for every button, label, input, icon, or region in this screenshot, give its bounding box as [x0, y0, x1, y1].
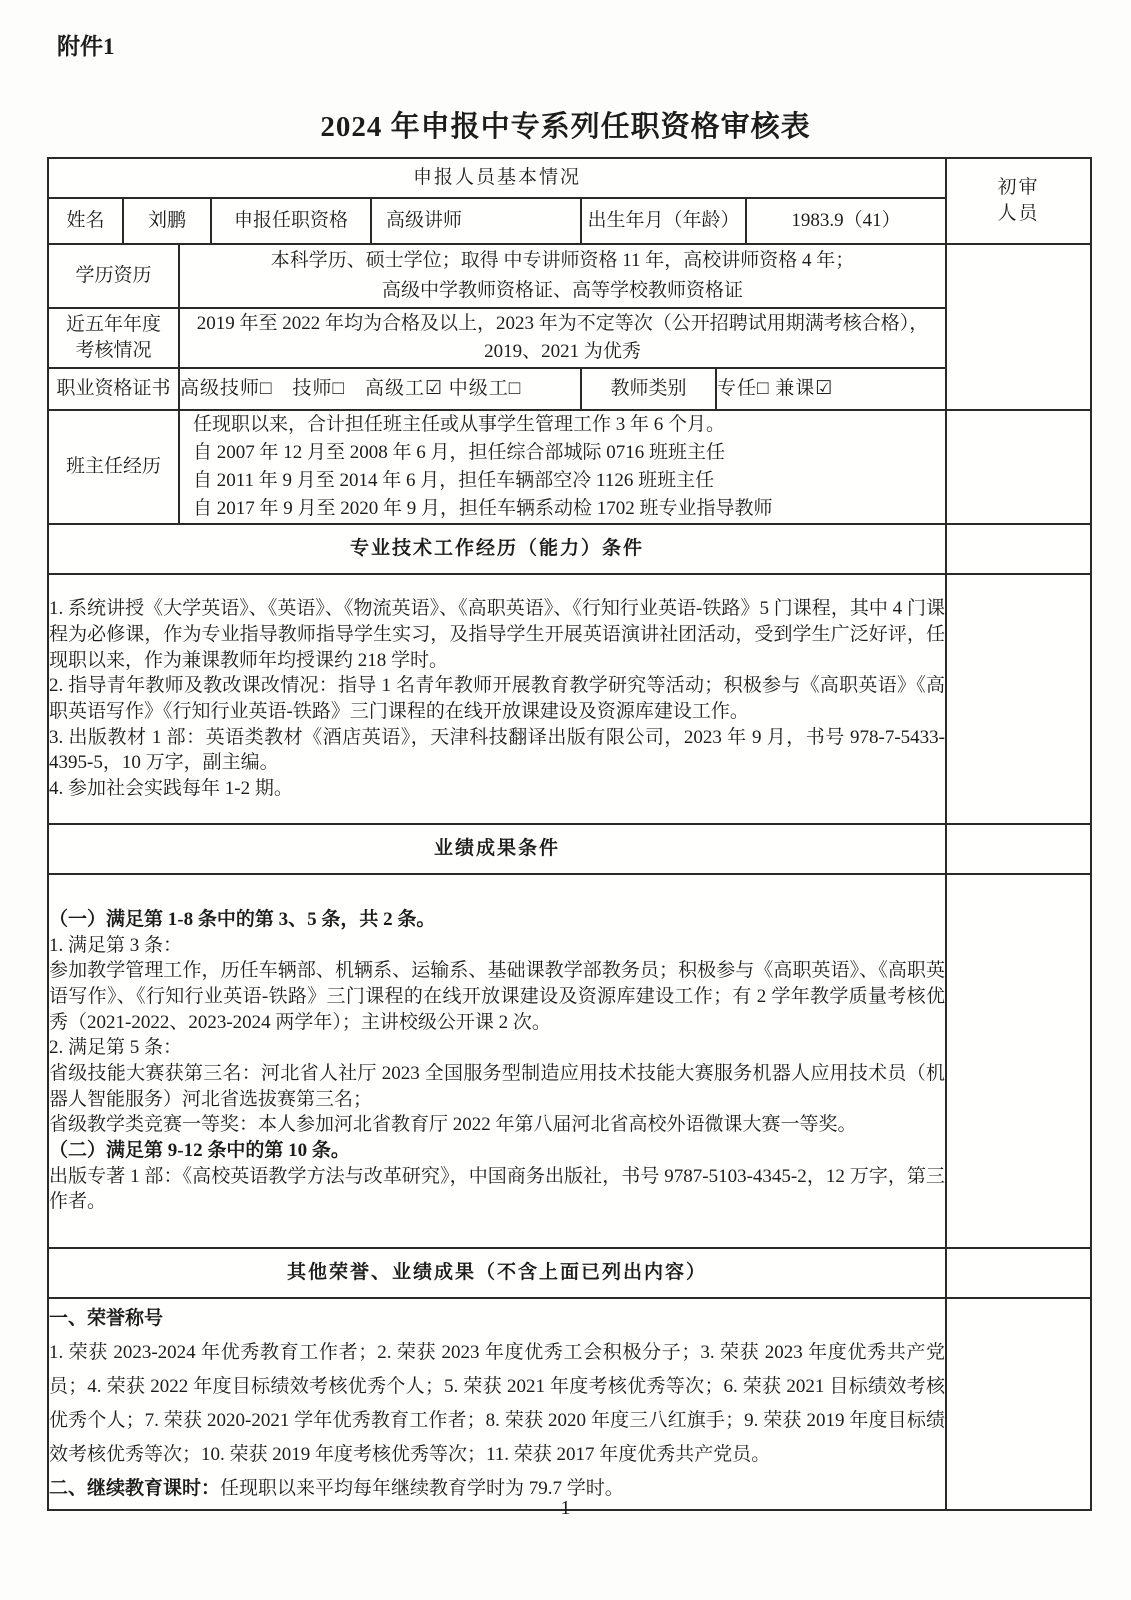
achievement-header-row: 业绩成果条件	[48, 824, 1091, 874]
reviewer-blank-cell-2	[946, 410, 1091, 524]
achievement-item2-body2: 省级教学类竞赛一等奖：本人参加河北省教育厅 2022 年第八届河北省高校外语微课…	[49, 1112, 945, 1138]
achievement-section-title: 业绩成果条件	[48, 824, 946, 874]
assessment-label-line2: 考核情况	[49, 338, 178, 364]
education-line-2: 高级中学教师资格证、高等学校教师资格证	[180, 276, 945, 306]
homeroom-line-3: 自 2011 年 9 月至 2014 年 6 月，担任车辆部空冷 1126 班班…	[180, 467, 945, 495]
scanned-form-page: 附件1 2024 年申报中专系列任职资格审核表 申报人员基本情况 初审 人员 姓…	[0, 0, 1131, 1600]
achievement-body: （一）满足第 1-8 条中的第 3、5 条，共 2 条。 1. 满足第 3 条：…	[48, 874, 946, 1248]
assessment-value: 2019 年至 2022 年均为合格及以上，2023 年为不定等次（公开招聘试用…	[179, 308, 946, 368]
qualification-review-table: 申报人员基本情况 初审 人员 姓名 刘鹏 申报任职资格 高级讲师 出生年月（年龄…	[47, 157, 1092, 1511]
education-row: 学历资历 本科学历、硕士学位；取得 中专讲师资格 11 年，高校讲师资格 4 年…	[48, 244, 1091, 308]
basic-info-section-title: 申报人员基本情况	[48, 158, 946, 198]
other-header-row: 其他荣誉、业绩成果（不含上面已列出内容）	[48, 1248, 1091, 1298]
homeroom-label: 班主任经历	[48, 410, 179, 524]
teacher-type-checkboxes: 专任□ 兼课☑	[716, 368, 946, 410]
protech-body: 1. 系统讲授《大学英语》、《英语》、《物流英语》、《高职英语》、《行知行业英语…	[48, 574, 946, 824]
identity-row: 姓名 刘鹏 申报任职资格 高级讲师 出生年月（年龄） 1983.9（41）	[48, 198, 1091, 244]
reviewer-header-cell: 初审 人员	[946, 158, 1091, 244]
apply-title-value: 高级讲师	[371, 198, 581, 244]
honors-body: 1. 荣获 2023-2024 年优秀教育工作者；2. 荣获 2023 年度优秀…	[49, 1336, 945, 1472]
achievement-item1-body: 参加教学管理工作，历任车辆部、机辆系、运输系、基础课教学部教务员；积极参与《高职…	[49, 958, 945, 1035]
achievement-body-row: （一）满足第 1-8 条中的第 3、5 条，共 2 条。 1. 满足第 3 条：…	[48, 874, 1091, 1248]
continuing-education-body: 任现职以来平均每年继续教育学时为 79.7 学时。	[220, 1478, 624, 1499]
name-label: 姓名	[48, 198, 123, 244]
protech-header-row: 专业技术工作经历（能力）条件	[48, 524, 1091, 574]
protech-paragraph-4: 4. 参加社会实践每年 1-2 期。	[49, 776, 945, 802]
certificate-label: 职业资格证书	[48, 368, 179, 410]
reviewer-blank-cell-4	[946, 574, 1091, 824]
homeroom-value: 任现职以来，合计担任班主任或从事学生管理工作 3 年 6 个月。 自 2007 …	[179, 410, 946, 524]
homeroom-row: 班主任经历 任现职以来，合计担任班主任或从事学生管理工作 3 年 6 个月。 自…	[48, 410, 1091, 524]
document-title: 2024 年申报中专系列任职资格审核表	[0, 104, 1131, 145]
reviewer-blank-cell-7	[946, 1248, 1091, 1298]
achievement-item2-body1: 省级技能大赛获第三名：河北省人社厅 2023 全国服务型制造应用技术技能大赛服务…	[49, 1061, 945, 1112]
reviewer-blank-cell-1	[946, 244, 1091, 410]
honors-heading: 一、荣誉称号	[49, 1302, 945, 1336]
assessment-line-1: 2019 年至 2022 年均为合格及以上，2023 年为不定等次（公开招聘试用…	[180, 310, 945, 338]
certificate-checkboxes: 高级技师□ 技师□ 高级工☑ 中级工□	[179, 368, 581, 410]
homeroom-line-4: 自 2017 年 9 月至 2020 年 9 月，担任车辆系动检 1702 班专…	[180, 495, 945, 523]
page-number: 1	[0, 1497, 1131, 1520]
attachment-label: 附件1	[57, 28, 115, 61]
other-body: 一、荣誉称号 1. 荣获 2023-2024 年优秀教育工作者；2. 荣获 20…	[48, 1298, 946, 1510]
protech-paragraph-1: 1. 系统讲授《大学英语》、《英语》、《物流英语》、《高职英语》、《行知行业英语…	[49, 596, 945, 673]
achievement-part2-body: 出版专著 1 部：《高校英语教学方法与改革研究》，中国商务出版社，书号 9787…	[49, 1164, 945, 1215]
achievement-item2-title: 2. 满足第 5 条：	[49, 1035, 945, 1061]
name-value: 刘鹏	[123, 198, 211, 244]
continuing-education-heading: 二、继续教育课时：	[49, 1478, 220, 1499]
education-label: 学历资历	[48, 244, 179, 308]
assessment-label-line1: 近五年年度	[49, 312, 178, 338]
homeroom-line-2: 自 2007 年 12 月至 2008 年 6 月，担任综合部城际 0716 班…	[180, 439, 945, 467]
reviewer-header-line2: 人员	[947, 201, 1090, 227]
other-section-title: 其他荣誉、业绩成果（不含上面已列出内容）	[48, 1248, 946, 1298]
reviewer-blank-cell-6	[946, 874, 1091, 1248]
reviewer-blank-cell-5	[946, 824, 1091, 874]
apply-title-label: 申报任职资格	[211, 198, 371, 244]
assessment-line-2: 2019、2021 为优秀	[180, 338, 945, 366]
certificate-row: 职业资格证书 高级技师□ 技师□ 高级工☑ 中级工□ 教师类别 专任□ 兼课☑	[48, 368, 1091, 410]
assessment-row: 近五年年度 考核情况 2019 年至 2022 年均为合格及以上，2023 年为…	[48, 308, 1091, 368]
protech-paragraph-2: 2. 指导青年教师及教改课改情况：指导 1 名青年教师开展教育教学研究等活动；积…	[49, 673, 945, 724]
achievement-item1-title: 1. 满足第 3 条：	[49, 933, 945, 959]
birth-label: 出生年月（年龄）	[581, 198, 746, 244]
assessment-label: 近五年年度 考核情况	[48, 308, 179, 368]
other-body-row: 一、荣誉称号 1. 荣获 2023-2024 年优秀教育工作者；2. 荣获 20…	[48, 1298, 1091, 1510]
teacher-type-label: 教师类别	[581, 368, 716, 410]
reviewer-header-line1: 初审	[947, 175, 1090, 201]
birth-value: 1983.9（41）	[746, 198, 946, 244]
protech-body-row: 1. 系统讲授《大学英语》、《英语》、《物流英语》、《高职英语》、《行知行业英语…	[48, 574, 1091, 824]
education-value: 本科学历、硕士学位；取得 中专讲师资格 11 年，高校讲师资格 4 年； 高级中…	[179, 244, 946, 308]
protech-paragraph-3: 3. 出版教材 1 部：英语类教材《酒店英语》，天津科技翻译出版有限公司，202…	[49, 725, 945, 776]
achievement-part2-heading: （二）满足第 9-12 条中的第 10 条。	[49, 1138, 945, 1164]
homeroom-line-1: 任现职以来，合计担任班主任或从事学生管理工作 3 年 6 个月。	[180, 411, 945, 439]
achievement-part1-heading: （一）满足第 1-8 条中的第 3、5 条，共 2 条。	[49, 907, 945, 933]
protech-section-title: 专业技术工作经历（能力）条件	[48, 524, 946, 574]
education-line-1: 本科学历、硕士学位；取得 中专讲师资格 11 年，高校讲师资格 4 年；	[180, 246, 945, 276]
reviewer-blank-cell-8	[946, 1298, 1091, 1510]
reviewer-blank-cell-3	[946, 524, 1091, 574]
basic-info-header-row: 申报人员基本情况 初审 人员	[48, 158, 1091, 198]
